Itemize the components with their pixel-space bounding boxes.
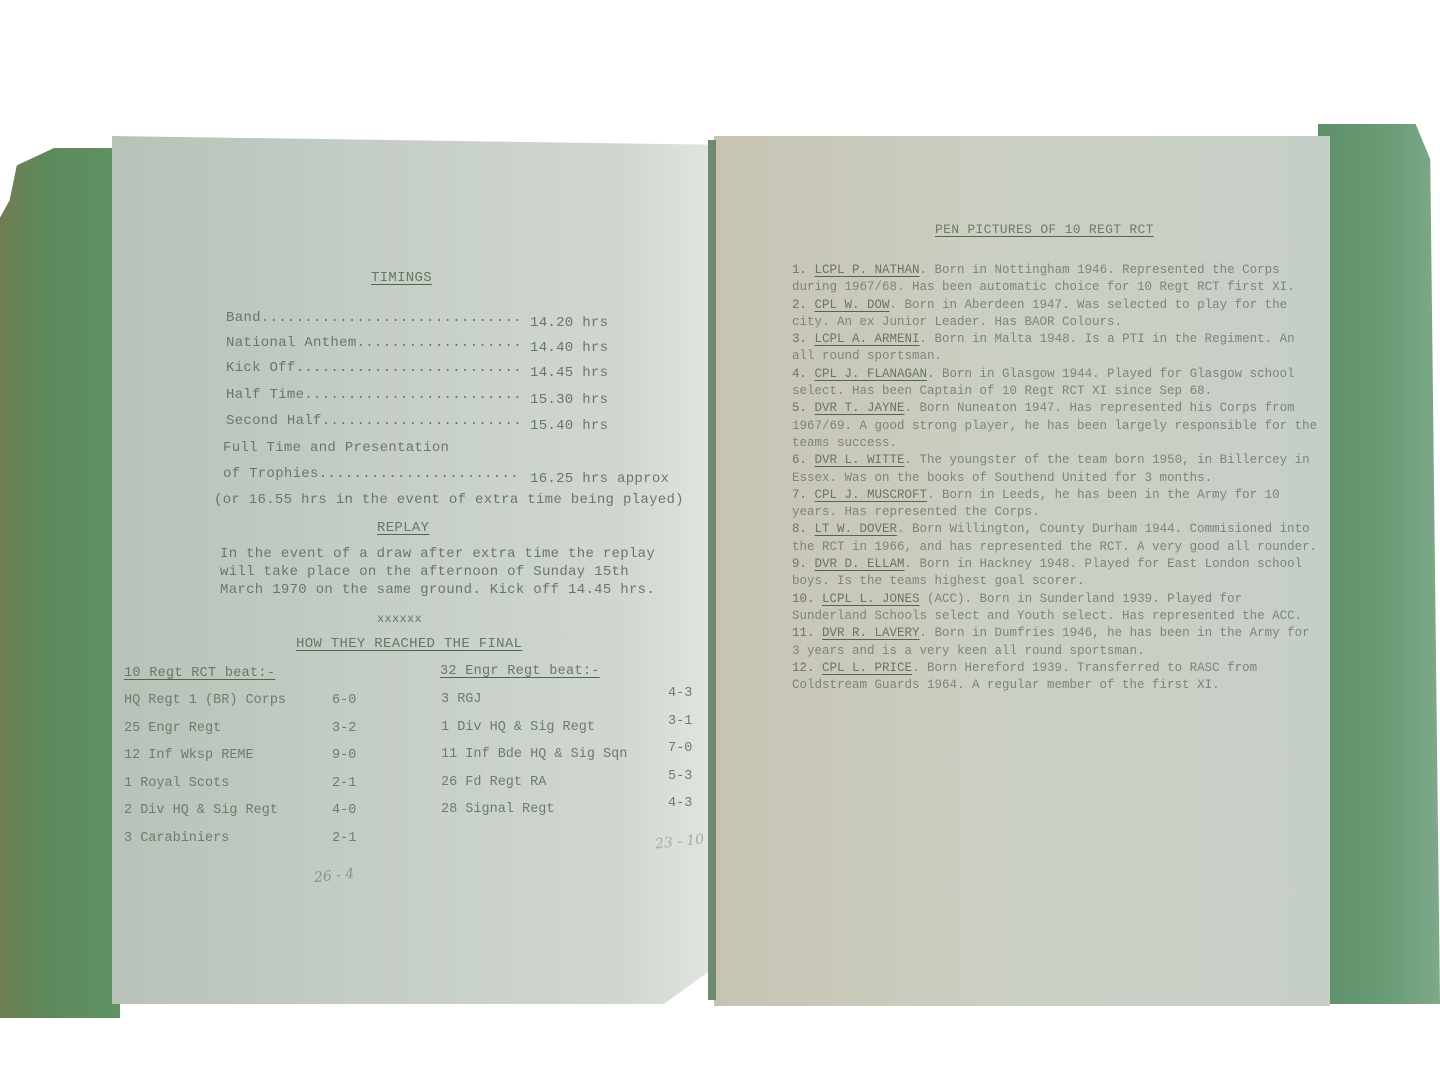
pen-pictures-title: PEN PICTURES OF 10 REGT RCT [935,222,1154,237]
player-entry: 11. DVR R. LAVERY. Born in Dumfries 1946… [792,625,1320,660]
section-separator: xxxxxx [377,612,422,626]
timing-label: Band.............................. [226,310,530,326]
timings-title: TIMINGS [371,270,432,286]
result-opponent: 3 RGJ [441,692,482,707]
player-entry: 10. LCPL L. JONES (ACC). Born in Sunderl… [792,591,1320,626]
result-score: 4-3 [668,686,692,701]
player-entry: 8. LT W. DOVER. Born Willington, County … [792,521,1320,556]
player-list: 1. LCPL P. NATHAN. Born in Nottingham 19… [792,262,1320,694]
result-opponent: 1 Royal Scots [124,776,229,791]
timing-row: of Trophies.......................16.25 … [223,466,669,487]
player-number: 11. [792,626,822,640]
replay-line-2: will take place on the afternoon of Sund… [220,564,629,580]
timing-value: 16.25 hrs approx [530,471,669,487]
result-opponent: 11 Inf Bde HQ & Sig Sqn [441,747,627,762]
timing-label: National Anthem................... [226,335,530,351]
player-number: 2. [792,298,815,312]
team-a-heading: 10 Regt RCT beat:- [124,666,275,681]
booklet-spine [708,140,716,1000]
result-score: 2-1 [332,831,356,846]
timing-row: Half Time.........................15.30 … [226,387,608,408]
result-score: 5-3 [668,769,692,784]
player-name: LCPL L. JONES [822,592,920,606]
result-opponent: 3 Carabiniers [124,831,229,846]
timing-row: Full Time and Presentation [223,440,449,456]
result-opponent: 28 Signal Regt [441,802,554,817]
replay-line-3: March 1970 on the same ground. Kick off … [220,582,655,598]
player-name: CPL J. FLANAGAN [815,367,928,381]
result-opponent: 12 Inf Wksp REME [124,748,254,763]
result-opponent: 26 Fd Regt RA [441,775,546,790]
timing-value: 14.20 hrs [530,315,608,331]
result-opponent: 1 Div HQ & Sig Regt [441,720,595,735]
player-number: 8. [792,522,815,536]
player-number: 12. [792,661,822,675]
timing-label: Half Time......................... [226,387,530,403]
timing-value: 14.45 hrs [530,365,608,381]
replay-title: REPLAY [377,520,429,536]
result-score: 2-1 [332,776,356,791]
booklet-cover-left [0,148,120,1018]
result-opponent: 25 Engr Regt [124,721,221,736]
result-score: 4-0 [332,803,356,818]
player-number: 1. [792,263,815,277]
timing-row: Band..............................14.20 … [226,310,608,331]
replay-line-1: In the event of a draw after extra time … [220,546,655,562]
player-number: 4. [792,367,815,381]
player-number: 3. [792,332,815,346]
timing-row: Kick Off..........................14.45 … [226,360,608,381]
timing-row: National Anthem...................14.40 … [226,335,608,356]
final-path-title: HOW THEY REACHED THE FINAL [296,636,522,652]
player-entry: 3. LCPL A. ARMENI. Born in Malta 1948. I… [792,331,1320,366]
player-number: 9. [792,557,815,571]
player-name: CPL L. PRICE [822,661,912,675]
timing-label: Kick Off.......................... [226,360,530,376]
result-score: 7-0 [668,741,692,756]
player-name: CPL J. MUSCROFT [815,488,928,502]
player-entry: 2. CPL W. DOW. Born in Aberdeen 1947. Wa… [792,297,1320,332]
booklet-cover-right [1318,124,1440,1004]
player-entry: 1. LCPL P. NATHAN. Born in Nottingham 19… [792,262,1320,297]
player-number: 5. [792,401,815,415]
team-b-heading: 32 Engr Regt beat:- [440,664,600,679]
result-score: 4-3 [668,796,692,811]
player-name: LT W. DOVER [815,522,898,536]
player-name: LCPL P. NATHAN [815,263,920,277]
timing-label: Second Half....................... [226,413,530,429]
player-name: DVR R. LAVERY [822,626,920,640]
player-entry: 5. DVR T. JAYNE. Born Nuneaton 1947. Has… [792,400,1320,452]
result-score: 9-0 [332,748,356,763]
result-score: 3-1 [668,714,692,729]
player-number: 10. [792,592,822,606]
player-number: 6. [792,453,815,467]
result-opponent: 2 Div HQ & Sig Regt [124,803,278,818]
player-name: CPL W. DOW [815,298,890,312]
timing-label: of Trophies....................... [223,466,530,482]
player-entry: 4. CPL J. FLANAGAN. Born in Glasgow 1944… [792,366,1320,401]
player-name: LCPL A. ARMENI [815,332,920,346]
player-name: DVR D. ELLAM [815,557,905,571]
timing-row: Second Half.......................15.40 … [226,413,608,434]
result-score: 3-2 [332,721,356,736]
timing-value: 15.40 hrs [530,418,608,434]
timing-value: 15.30 hrs [530,392,608,408]
player-number: 7. [792,488,815,502]
timing-value: 14.40 hrs [530,340,608,356]
result-score: 6-0 [332,693,356,708]
player-entry: 6. DVR L. WITTE. The youngster of the te… [792,452,1320,487]
player-name: DVR L. WITTE [815,453,905,467]
extra-time-note: (or 16.55 hrs in the event of extra time… [214,492,684,508]
result-opponent: HQ Regt 1 (BR) Corps [124,693,286,708]
player-name: DVR T. JAYNE [815,401,905,415]
player-entry: 12. CPL L. PRICE. Born Hereford 1939. Tr… [792,660,1320,695]
player-entry: 7. CPL J. MUSCROFT. Born in Leeds, he ha… [792,487,1320,522]
player-entry: 9. DVR D. ELLAM. Born in Hackney 1948. P… [792,556,1320,591]
